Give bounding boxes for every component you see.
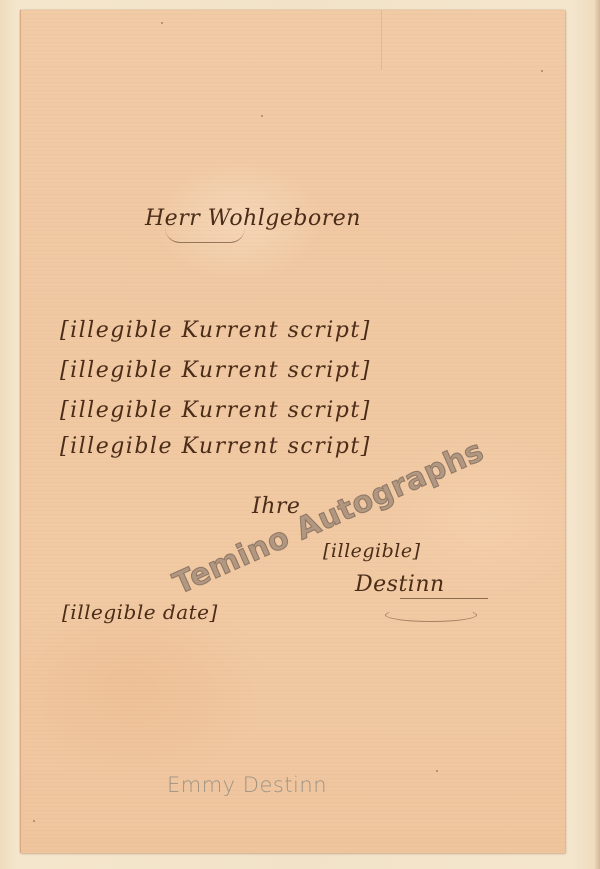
signature-flourish xyxy=(385,608,477,622)
letter-body-line-1: [illegible Kurrent script] xyxy=(60,318,371,343)
paper-crease xyxy=(381,10,382,70)
signature-underline xyxy=(400,598,488,599)
paper-speck xyxy=(161,22,163,24)
letter-date: [illegible date] xyxy=(62,600,218,624)
signature: Destinn xyxy=(355,572,445,597)
closing-adjective: [illegible] xyxy=(323,540,421,562)
paper-speck xyxy=(436,770,438,772)
letter-body-line-3: [illegible Kurrent script] xyxy=(60,398,371,423)
mount-edge-shadow xyxy=(594,0,600,869)
letter-body-line-4: [illegible Kurrent script] xyxy=(60,434,371,459)
paper-speck xyxy=(261,115,263,117)
letter-body-line-2: [illegible Kurrent script] xyxy=(60,358,371,383)
greeting-flourish xyxy=(165,228,245,243)
paper-speck xyxy=(33,820,35,822)
letter-paper xyxy=(20,10,565,853)
pencil-annotation: Emmy Destinn xyxy=(167,773,327,797)
paper-speck xyxy=(541,70,543,72)
